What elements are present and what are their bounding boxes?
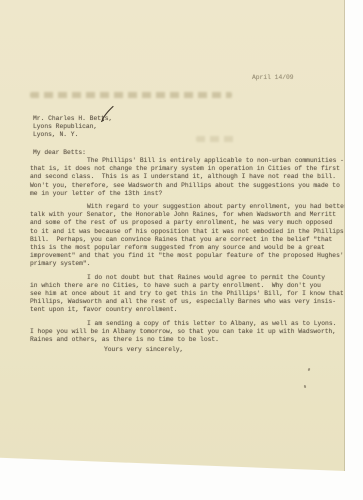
- letter-line: With regard to your suggestion about par…: [30, 203, 344, 211]
- letter-paragraph: The Phillips' Bill is entirely applicabl…: [30, 157, 344, 198]
- letter-line: I am sending a copy of this letter to Al…: [30, 320, 344, 328]
- letter-line: The Phillips' Bill is entirely applicabl…: [30, 157, 344, 165]
- letter-paragraph: With regard to your suggestion about par…: [30, 203, 344, 269]
- paper-speck: [308, 368, 311, 372]
- offset-ink-smudge: [196, 136, 236, 142]
- salutation: My dear Betts:: [33, 149, 86, 157]
- closing-line: Yours very sincerely,: [104, 346, 183, 354]
- letter-line: I hope you will be in Albany tomorrow, s…: [30, 328, 344, 336]
- offset-ink-impression: [30, 92, 232, 98]
- letter-date: April 14/09: [252, 74, 294, 82]
- letter-line: Raines and others, as there is no time t…: [30, 336, 344, 344]
- paper-speck: [304, 385, 307, 388]
- letter-line: tent upon it, favor country enrollment.: [30, 306, 344, 314]
- paper-right-edge: [344, 0, 345, 471]
- letter-paragraph: I do not doubt but that Raines would agr…: [30, 274, 344, 315]
- letter-paragraph: I am sending a copy of this letter to Al…: [30, 320, 344, 345]
- letter-line: this is the most popular reform suggeste…: [30, 244, 344, 252]
- letter-line: Won't you, therefore, see Wadsworth and …: [30, 182, 344, 190]
- letter-line: Bill. Perhaps, you can convince Raines t…: [30, 236, 344, 244]
- address-line: Lyons, N. Y.: [33, 131, 112, 139]
- letter-line: in which there are no Cities, to have su…: [30, 282, 344, 290]
- letter-line: me in your letter of the 13th inst?: [30, 190, 344, 198]
- letter-line: and some of the rest of us proposed a pa…: [30, 219, 344, 227]
- letter-body: The Phillips' Bill is entirely applicabl…: [30, 157, 344, 349]
- letter-line: and second class. This is as I understan…: [30, 173, 344, 181]
- letter-line: I do not doubt but that Raines would agr…: [30, 274, 344, 282]
- letter-paper: April 14/09 Mr. Charles H. Betts,Lyons R…: [0, 0, 345, 471]
- pen-check-mark-icon: [100, 105, 116, 123]
- letter-line: primary system".: [30, 260, 344, 268]
- letter-line: to it and it was because of his oppositi…: [30, 228, 344, 236]
